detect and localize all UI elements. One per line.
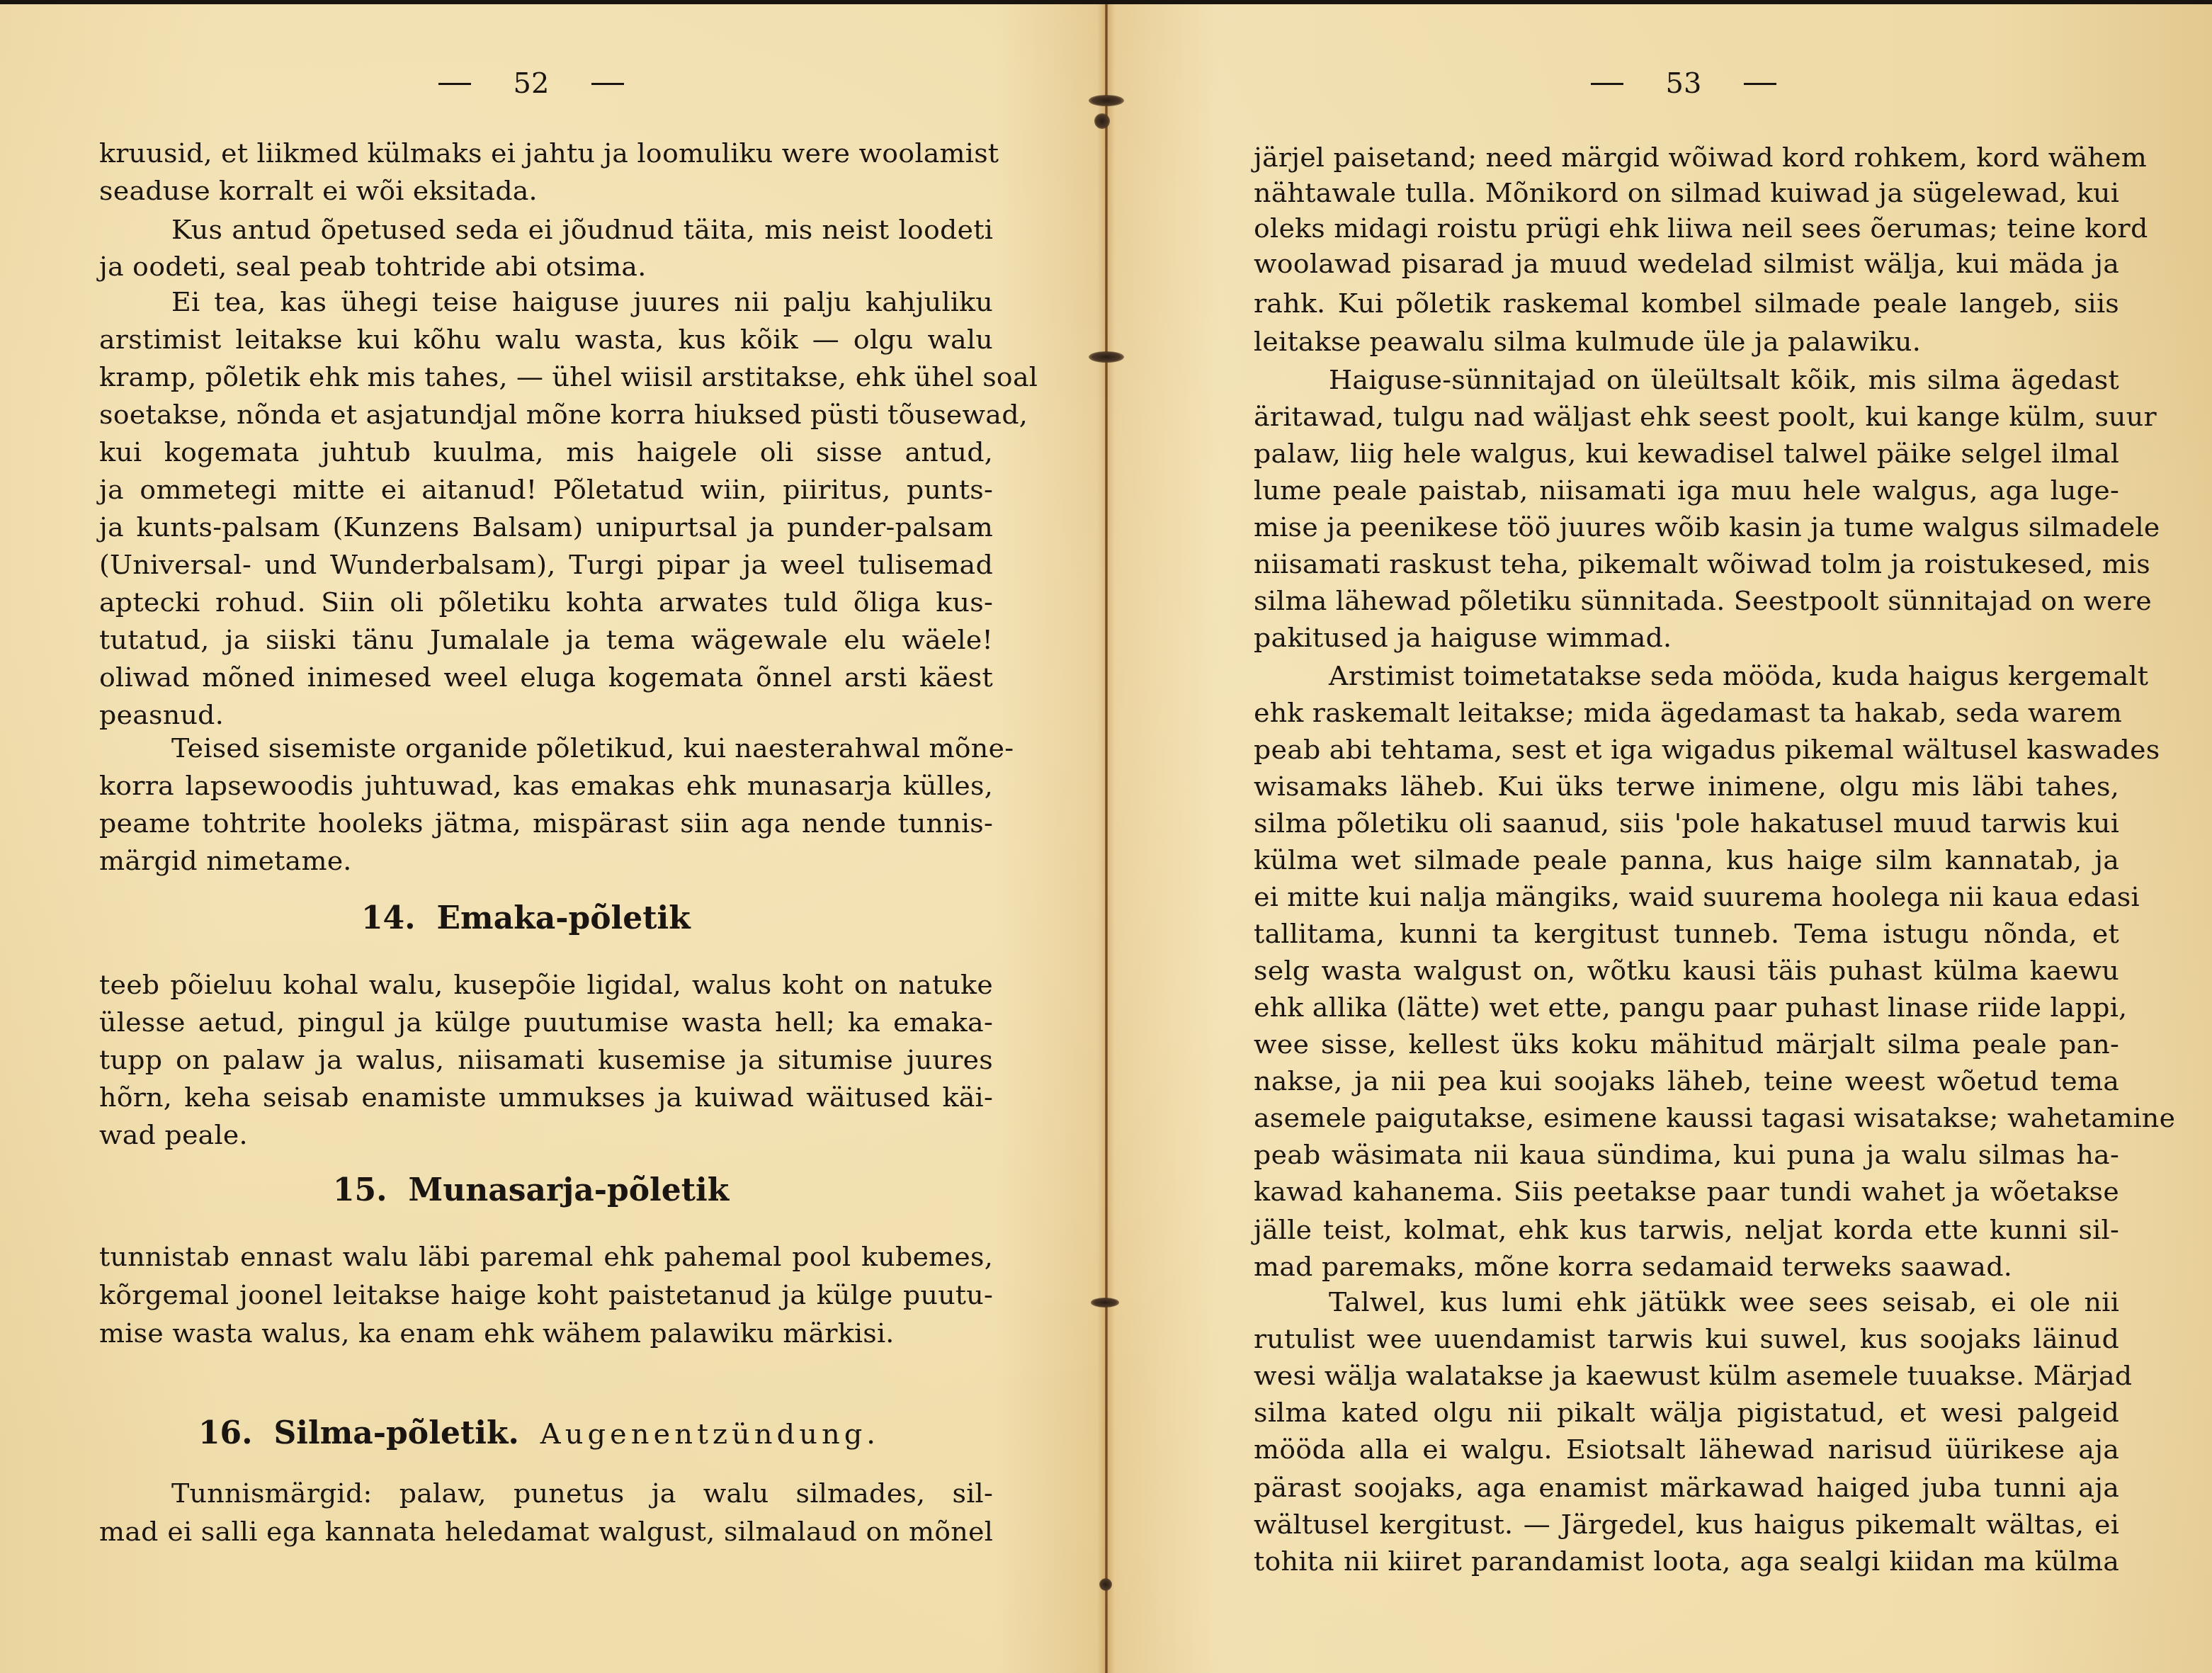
text-line: kruusid, et liikmed külmaks ei jahtu ja … [99,135,993,172]
section-number: 14. [361,900,416,936]
section-number: 15. [333,1172,387,1208]
section-subtitle: Augenentzündung. [540,1418,880,1451]
folio-dash [1744,83,1776,85]
text-line: Kus antud õpetused seda ei jõudnud täita… [171,211,993,249]
text-line: lume peale paistab, niisamati iga muu he… [1254,472,2119,509]
section-number: 16. [198,1415,253,1451]
text-line: Arstimist toimetatakse seda mööda, kuda … [1329,657,2119,695]
text-line: äritawad, tulgu nad wäljast ehk seest po… [1254,398,2119,436]
text-line: leitakse peawalu silma kulmude üle ja pa… [1254,323,2119,361]
page-right: 53 järjel paisetand; need märgid wõiwad … [1108,4,2212,1673]
text-line: kramp, põletik ehk mis tahes, — ühel wii… [99,358,993,396]
text-line: ja kunts-palsam (Kunzens Balsam) unipurt… [99,509,993,546]
text-line: oleks midagi roistu prügi ehk liiwa neil… [1254,210,2119,247]
text-line: ja oodeti, seal peab tohtride abi otsima… [99,248,993,285]
text-line: ehk raskemalt leitakse; mida ägedamast t… [1254,694,2119,732]
text-line: korra lapsewoodis juhtuwad, kas emakas e… [99,767,993,805]
text-line: arstimist leitakse kui kõhu walu wasta, … [99,321,993,358]
text-line: külma wet silmade peale panna, kus haige… [1254,841,2119,879]
text-line: ja ommetegi mitte ei aitanud! Põletatud … [99,471,993,509]
page-number: 52 [390,62,673,105]
text-line: Ei tea, kas ühegi teise haiguse juures n… [171,283,993,321]
text-line: oliwad mõned inimesed weel eluga kogemat… [99,659,993,696]
text-line: seaduse korralt ei wõi eksitada. [99,172,993,210]
section-title: Emaka-põletik [437,900,691,936]
text-line: selg wasta walgust on, wõtku kausi täis … [1254,952,2119,989]
text-line: pakitused ja haiguse wimmad. [1254,619,2119,657]
text-line: järjel paisetand; need märgid wõiwad kor… [1254,139,2119,176]
text-line: woolawad pisarad ja muud wedelad silmist… [1254,245,2119,283]
text-line: wee sisse, kellest üks koku mähitud märj… [1254,1026,2119,1063]
text-line: hõrn, keha seisab enamiste ummukses ja k… [99,1079,993,1116]
text-line: wad peale. [99,1116,993,1154]
folio-dash [438,83,471,85]
text-line: tupp on palaw ja walus, niisamati kusemi… [99,1041,993,1079]
page-number-text: 53 [1666,67,1702,100]
section-heading-16: 16.Silma-põletik.Augenentzündung. [198,1409,880,1458]
section-heading-14: 14.Emaka-põletik [361,894,691,943]
text-line: Teised sisemiste organide põletikud, kui… [171,730,993,767]
text-line: peasnud. [99,696,993,734]
text-line: (Universal- und Wunderbalsam), Turgi pip… [99,546,993,584]
text-line: kõrgemal joonel leitakse haige koht pais… [99,1276,993,1314]
text-line: asemele paigutakse, esimene kaussi tagas… [1254,1099,2119,1137]
text-line: rutulist wee uuendamist tarwis kui suwel… [1254,1320,2119,1358]
text-line: niisamati raskust teha, pikemalt wõiwad … [1254,545,2119,583]
text-line: ei mitte kui nalja mängiks, waid suurema… [1254,878,2119,916]
text-line: wältusel kergitust. — Järgedel, kus haig… [1254,1506,2119,1543]
page-left: 52 kruusid, et liikmed külmaks ei jahtu … [0,4,1105,1673]
text-line: nakse, ja nii pea kui soojaks läheb, tei… [1254,1062,2119,1100]
text-line: wisamaks läheb. Kui üks terwe inimene, o… [1254,768,2119,805]
text-line: mise wasta walus, ka enam ehk wähem pala… [99,1315,993,1352]
text-line: teeb põieluu kohal walu, kusepõie ligida… [99,966,993,1004]
folio-dash [591,83,624,85]
text-line: wesi wälja walatakse ja kaewust külm ase… [1254,1357,2119,1395]
text-line: Haiguse-sünnitajad on üleültsalt kõik, m… [1329,361,2119,399]
text-line: tutatud, ja siiski tänu Jumalale ja tema… [99,621,993,659]
text-line: silma põletiku oli saanud, siis 'pole ha… [1254,805,2119,842]
text-line: ehk allika (lätte) wet ette, pangu paar … [1254,989,2119,1026]
text-line: peab abi tehtama, sest et iga wigadus pi… [1254,731,2119,769]
text-line: silma lähewad põletiku sünnitada. Seestp… [1254,582,2119,620]
text-line: ülesse aetud, pingul ja külge puutumise … [99,1004,993,1041]
section-heading-15: 15.Munasarja-põletik [333,1166,729,1215]
text-line: nähtawale tulla. Mõnikord on silmad kuiw… [1254,174,2119,212]
folio-dash [1591,83,1623,85]
book-spread: 52 kruusid, et liikmed külmaks ei jahtu … [0,4,2212,1673]
text-line: rahk. Kui põletik raskemal kombel silmad… [1254,285,2119,322]
text-line: mööda alla ei walgu. Esiotsalt lähewad n… [1254,1431,2119,1468]
section-title: Munasarja-põletik [409,1172,730,1208]
text-line: palaw, liig hele walgus, kui kewadisel t… [1254,435,2119,472]
text-line: mad paremaks, mõne korra sedamaid terwek… [1254,1248,2119,1286]
text-line: märgid nimetame. [99,842,993,880]
text-line: Tunnismärgid: palaw, punetus ja walu sil… [171,1475,993,1512]
text-line: aptecki rohud. Siin oli põletiku kohta a… [99,584,993,621]
text-line: mise ja peenikese töö juures wõib kasin … [1254,509,2119,546]
text-line: silma kated olgu nii pikalt wälja pigist… [1254,1394,2119,1431]
text-line: peab wäsimata nii kaua sündima, kui puna… [1254,1136,2119,1174]
text-line: kui kogemata juhtub kuulma, mis haigele … [99,433,993,471]
section-title: Silma-põletik. [274,1415,519,1451]
page-number: 53 [1542,62,1825,105]
text-line: tallitama, kunni ta kergitust tunneb. Te… [1254,915,2119,953]
text-line: mad ei salli ega kannata heledamat walgu… [99,1513,993,1550]
text-line: peame tohtrite hooleks jätma, mispärast … [99,805,993,842]
text-line: pärast soojaks, aga enamist märkawad hai… [1254,1469,2119,1507]
text-line: tunnistab ennast walu läbi paremal ehk p… [99,1238,993,1276]
text-line: kawad kahanema. Siis peetakse paar tundi… [1254,1173,2119,1210]
text-line: jälle teist, kolmat, ehk kus tarwis, nel… [1254,1211,2119,1249]
page-number-text: 52 [514,67,550,100]
text-line: soetakse, nõnda et asjatundjal mõne korr… [99,396,993,433]
text-line: Talwel, kus lumi ehk jätükk wee sees sei… [1329,1283,2119,1321]
text-line: tohita nii kiiret parandamist loota, aga… [1254,1543,2119,1580]
